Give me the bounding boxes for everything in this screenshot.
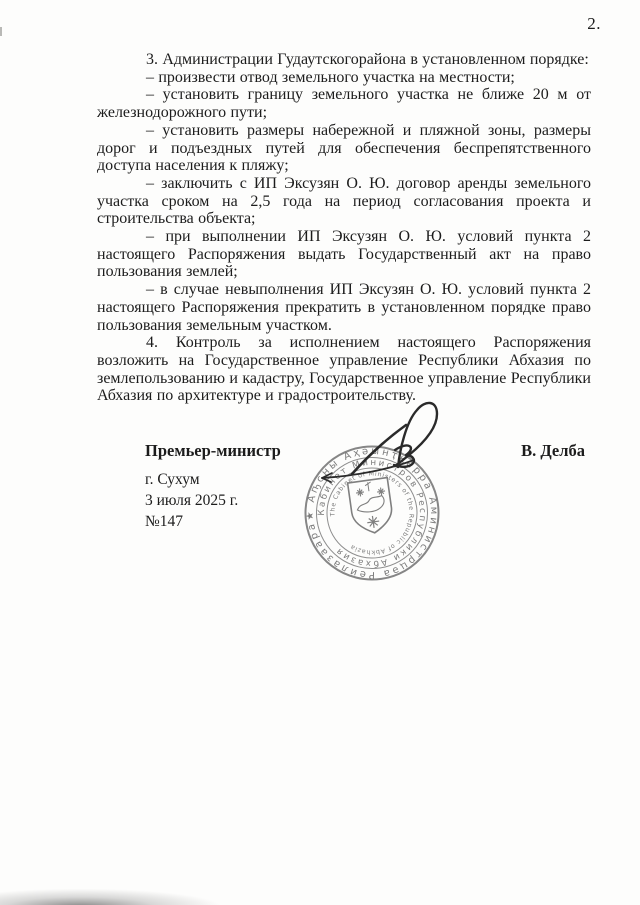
paragraph-dash-item-6: – в случае невыполнения ИП Эксузян О. Ю.… (97, 281, 591, 334)
page-number: 2. (587, 14, 601, 34)
signature-loop-stroke (395, 403, 437, 467)
scan-artifact-smudge (0, 889, 340, 905)
document-body: 3. Администрации Гудаутскогорайона в уст… (97, 51, 591, 405)
signer-name: В. Делба (521, 441, 585, 461)
signer-title: Премьер-министр (145, 441, 281, 461)
issue-place: г. Сухум (145, 471, 200, 489)
paragraph-dash-item-5: – при выполнении ИП Эксузян О. Ю. услови… (97, 228, 591, 281)
paragraph-dash-item-2: – установить границу земельного участка … (97, 86, 591, 121)
paragraph-dash-item-1: – произвести отвод земельного участка на… (97, 69, 591, 87)
order-number: №147 (145, 513, 183, 531)
star-icon (366, 515, 380, 529)
document-page: 2. 3. Администрации Гудаутскогорайона в … (0, 0, 640, 905)
handwritten-signature (296, 394, 460, 498)
scan-artifact-tick (0, 27, 2, 36)
paragraph-3-header: 3. Администрации Гудаутскогорайона в уст… (97, 51, 591, 69)
paragraph-dash-item-4: – заключить с ИП Эксузян О. Ю. договор а… (97, 175, 591, 228)
paragraph-dash-item-3: – установить размеры набережной и пляжно… (97, 122, 591, 175)
issue-date: 3 июля 2025 г. (145, 492, 238, 510)
